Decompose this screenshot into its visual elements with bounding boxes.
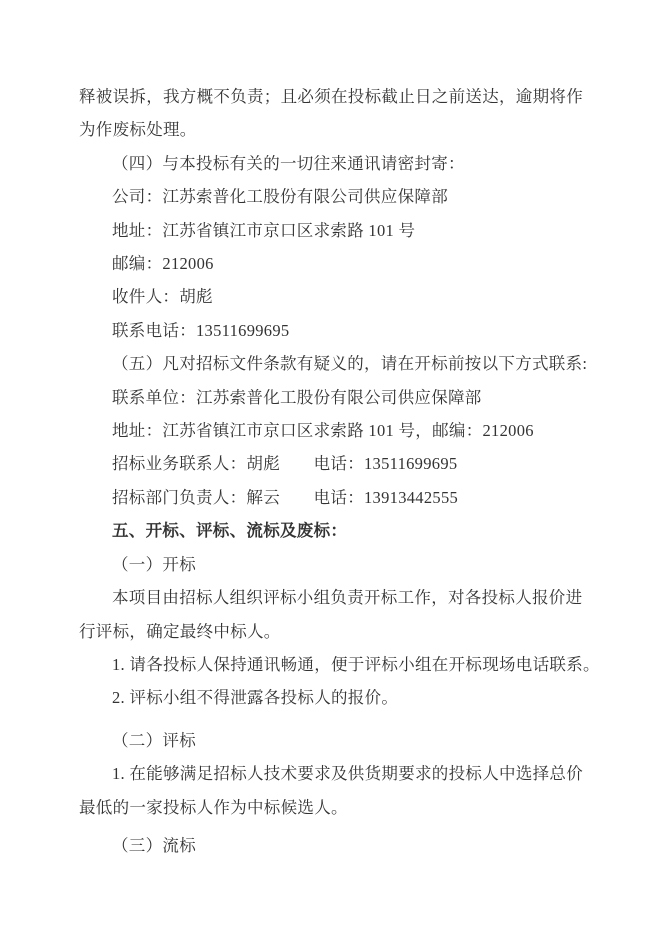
contact-unit-line: 联系单位：江苏索普化工股份有限公司供应保障部 [79, 381, 589, 414]
document-body: 释被误拆，我方概不负责；且必须在投标截止日之前送达，逾期将作 为作废标处理。 （… [79, 80, 589, 862]
subsection-1-bid-opening: （一）开标 [79, 548, 589, 581]
bid-opening-paragraph-line: 本项目由招标人组织评标小组负责开标工作，对各投标人报价进 [79, 581, 589, 614]
section-5-heading: 五、开标、评标、流标及废标： [79, 514, 589, 547]
item-4-mailing-instruction: （四）与本投标有关的一切往来通讯请密封寄： [79, 147, 589, 180]
rule-2-no-price-disclosure: 2. 评标小组不得泄露各投标人的报价。 [79, 681, 589, 714]
paragraph-continuation-line: 行评标，确定最终中标人。 [79, 615, 589, 648]
address-postcode-line: 地址：江苏省镇江市京口区求索路 101 号，邮编：212006 [79, 414, 589, 447]
contact-phone-line: 联系电话：13511699695 [79, 314, 589, 347]
document-page: 释被误拆，我方概不负责；且必须在投标截止日之前送达，逾期将作 为作废标处理。 （… [0, 0, 662, 936]
rule-1-keep-phone-open: 1. 请各投标人保持通讯畅通，便于评标小组在开标现场电话联系。 [79, 648, 589, 681]
subsection-3-failed-bid: （三）流标 [79, 829, 589, 862]
bid-department-head-line: 招标部门负责人：解云 电话：13913442555 [79, 481, 589, 514]
paragraph-continuation-line: 释被误拆，我方概不负责；且必须在投标截止日之前送达，逾期将作 [79, 80, 589, 113]
postcode-line: 邮编：212006 [79, 247, 589, 280]
evaluation-rule-line: 1. 在能够满足招标人技术要求及供货期要求的投标人中选择总价 [79, 757, 589, 790]
paragraph-continuation-line: 最低的一家投标人作为中标候选人。 [79, 791, 589, 824]
bid-business-contact-line: 招标业务联系人：胡彪 电话：13511699695 [79, 447, 589, 480]
address-line: 地址：江苏省镇江市京口区求索路 101 号 [79, 214, 589, 247]
company-line: 公司：江苏索普化工股份有限公司供应保障部 [79, 180, 589, 213]
item-5-contact-instruction: （五）凡对招标文件条款有疑义的，请在开标前按以下方式联系: [79, 347, 589, 380]
subsection-2-bid-evaluation: （二）评标 [79, 724, 589, 757]
recipient-line: 收件人：胡彪 [79, 280, 589, 313]
paragraph-continuation-line: 为作废标处理。 [79, 113, 589, 146]
